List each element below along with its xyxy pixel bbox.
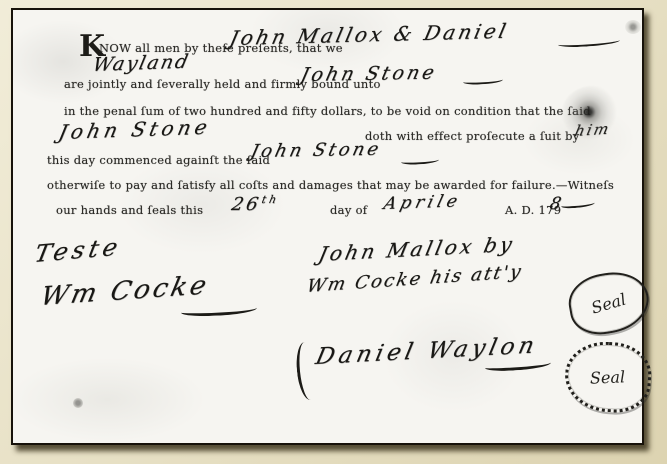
handwriting-obligee-name: John Stone xyxy=(298,62,439,86)
signature-obligor1-line2: Wm Cocke his att'y xyxy=(305,261,524,297)
pen-flourish xyxy=(561,200,595,209)
printed-hands-seals-line: our hands and ſeals this xyxy=(56,203,203,217)
signature-teste: Teste xyxy=(32,233,124,268)
seal-stamp-1: Seal xyxy=(564,267,653,340)
pen-flourish xyxy=(401,157,439,165)
pen-flourish xyxy=(181,303,257,317)
photo-frame: K NOW all men by theſe preſents, that we… xyxy=(0,0,667,464)
handwriting-defendant-name: John Stone xyxy=(249,139,384,162)
printed-penal-sum-line: in the penal ſum of two hundred and fift… xyxy=(64,104,591,118)
printed-day-of: day of xyxy=(330,203,367,217)
handwriting-plaintiff-name: John Stone xyxy=(56,115,213,144)
printed-failure-line: otherwiſe to pay and ſatisfy all coſts a… xyxy=(47,178,614,192)
handwriting-day: 26th xyxy=(230,193,281,215)
document-page: K NOW all men by theſe preſents, that we… xyxy=(11,8,644,445)
ink-speck xyxy=(73,398,83,408)
handwriting-obligor-names: John Mallox & Daniel xyxy=(227,19,511,50)
signature-obligor1-line1: John Mallox by xyxy=(316,232,517,266)
handwriting-month: Aprile xyxy=(381,191,463,214)
handwriting-obligor-names-2: Wayland xyxy=(91,51,192,76)
seal-2-label: Seal xyxy=(590,367,626,387)
seal-1-label: Seal xyxy=(590,289,629,317)
pen-flourish xyxy=(558,37,620,48)
pen-flourish xyxy=(463,77,503,85)
ink-speck xyxy=(625,20,641,34)
seal-stamp-2: Seal xyxy=(563,339,654,415)
day-number: 26 xyxy=(230,194,263,215)
printed-commenced-line: this day commenced againſt the ſaid xyxy=(47,153,270,167)
ink-blot xyxy=(561,86,623,144)
printed-condition-line: doth with effect proſecute a ſuit by xyxy=(365,129,580,143)
pen-flourish xyxy=(485,359,551,372)
day-suffix: th xyxy=(260,193,280,206)
